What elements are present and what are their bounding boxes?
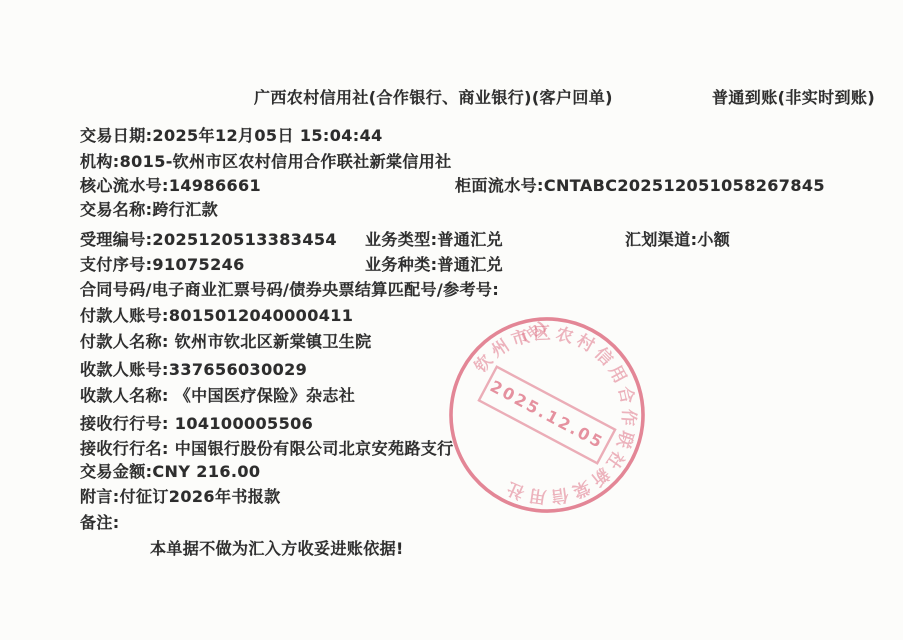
business-type-label: 业务类型: [365,230,437,249]
field-business-kind: 业务种类:普通汇兑 [365,252,503,275]
business-type-value: 普通汇兑 [437,230,503,249]
field-core-serial: 核心流水号:14986661 [80,173,261,196]
payer-name-label: 付款人名称: [80,332,175,351]
business-kind-label: 业务种类: [365,255,437,274]
footer-disclaimer: 本单据不做为汇入方收妥进账依据! [150,536,404,559]
field-trade-name: 交易名称:跨行汇款 [80,197,218,220]
remit-channel-label: 汇划渠道: [625,230,697,249]
seal-ring-text: 钦州市区农村信用合作联社新棠信用社 [432,300,662,530]
payment-seq-value: 91075246 [152,255,244,274]
payee-account-label: 收款人账号: [80,360,169,379]
field-trade-date: 交易日期:2025年12月05日 15:04:44 [80,123,383,146]
field-payer-name: 付款人名称: 钦州市钦北区新棠镇卫生院 [80,329,372,352]
counter-serial-label: 柜面流水号: [455,176,544,195]
field-payment-seq: 支付序号:91075246 [80,252,245,275]
field-postscript: 附言:付征订2026年书报款 [80,484,281,507]
payment-seq-label: 支付序号: [80,255,152,274]
field-payee-name: 收款人名称: 《中国医疗保险》杂志社 [80,383,355,406]
payer-account-label: 付款人账号: [80,306,169,325]
receiving-bank-no-value: 104100005506 [175,414,313,433]
amount-label: 交易金额: [80,462,152,481]
trade-date-label: 交易日期: [80,126,152,145]
amount-value: CNY 216.00 [152,462,260,481]
receiving-bank-no-label: 接收行行号: [80,414,175,433]
payee-name-value: 《中国医疗保险》杂志社 [175,386,355,405]
receipt-page: 广西农村信用社(合作银行、商业银行)(客户回单) 普通到账(非实时到账) 交易日… [0,0,903,640]
svg-text:钦州市区农村信用合作联社新棠信用社: 钦州市区农村信用合作联社新棠信用社 [432,300,662,530]
receiving-bank-name-value: 中国银行股份有限公司北京安苑路支行 [175,439,454,458]
accept-no-label: 受理编号: [80,230,152,249]
contract-no-label: 合同号码/电子商业汇票号码/债券央票结算匹配号/参考号: [80,280,499,299]
trade-date-value: 2025年12月05日 15:04:44 [152,126,382,145]
accept-no-value: 2025120513383454 [152,230,337,249]
postscript-value: 付征订2026年书报款 [120,487,281,506]
business-kind-value: 普通汇兑 [437,255,503,274]
seal-channel-mark: (电) [518,318,550,347]
counter-serial-value: CNTABC202512051058267845 [544,176,825,195]
field-counter-serial: 柜面流水号:CNTABC202512051058267845 [455,173,825,196]
field-remarks: 备注: [80,510,120,533]
core-serial-label: 核心流水号: [80,176,169,195]
trade-name-label: 交易名称: [80,200,152,219]
remit-channel-value: 小额 [697,230,730,249]
bank-seal-stamp: 钦州市区农村信用合作联社新棠信用社 2025.12.05 (电) [432,300,662,530]
field-receiving-bank-name: 接收行行名: 中国银行股份有限公司北京安苑路支行 [80,436,454,459]
remarks-label: 备注: [80,513,120,532]
field-contract-no: 合同号码/电子商业汇票号码/债券央票结算匹配号/参考号: [80,277,499,300]
field-amount: 交易金额:CNY 216.00 [80,459,260,482]
payee-account-value: 337656030029 [169,360,307,379]
field-branch: 机构:8015-钦州市区农村信用合作联社新棠信用社 [80,149,452,172]
field-receiving-bank-no: 接收行行号: 104100005506 [80,411,313,434]
field-payer-account: 付款人账号:8015012040000411 [80,303,353,326]
payee-name-label: 收款人名称: [80,386,175,405]
payer-name-value: 钦州市钦北区新棠镇卫生院 [175,332,372,351]
arrival-type-label: 普通到账(非实时到账) [712,85,875,108]
field-payee-account: 收款人账号:337656030029 [80,357,307,380]
core-serial-value: 14986661 [169,176,261,195]
seal-date: 2025.12.05 [487,377,607,453]
seal-outer-ring [432,300,662,530]
receipt-title: 广西农村信用社(合作银行、商业银行)(客户回单) [254,85,613,108]
branch-value: 8015-钦州市区农村信用合作联社新棠信用社 [120,152,452,171]
field-business-type: 业务类型:普通汇兑 [365,227,503,250]
seal-date-box [479,367,615,463]
branch-label: 机构: [80,152,120,171]
field-accept-no: 受理编号:2025120513383454 [80,227,337,250]
receiving-bank-name-label: 接收行行名: [80,439,175,458]
field-remit-channel: 汇划渠道:小额 [625,227,730,250]
trade-name-value: 跨行汇款 [152,200,218,219]
postscript-label: 附言: [80,487,120,506]
payer-account-value: 8015012040000411 [169,306,354,325]
